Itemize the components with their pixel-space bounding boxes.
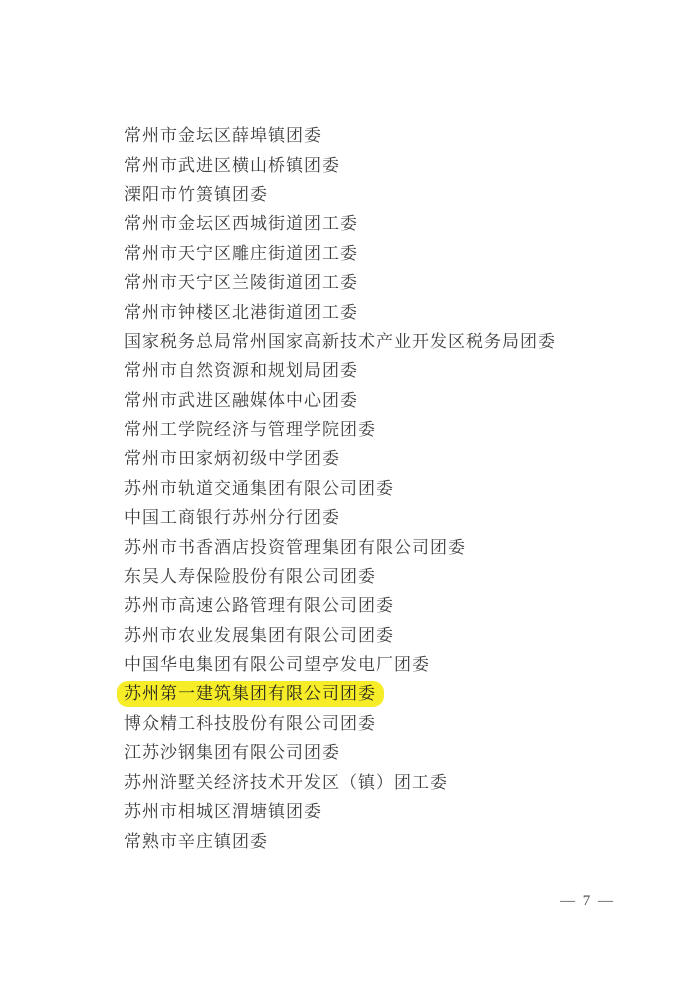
highlighted-org-name: 苏州第一建筑集团有限公司团委 xyxy=(117,681,384,707)
org-name: 苏州市农业发展集团有限公司团委 xyxy=(124,627,394,644)
list-item: 苏州第一建筑集团有限公司团委 xyxy=(124,679,660,708)
org-name: 国家税务总局常州国家高新技术产业开发区税务局团委 xyxy=(124,333,556,350)
list-item: 苏州市农业发展集团有限公司团委 xyxy=(124,621,660,650)
org-list: 常州市金坛区薛埠镇团委常州市武进区横山桥镇团委溧阳市竹箦镇团委常州市金坛区西城街… xyxy=(124,121,660,856)
org-name: 苏州市相城区渭塘镇团委 xyxy=(124,803,322,820)
list-item: 苏州市书香酒店投资管理集团有限公司团委 xyxy=(124,532,660,561)
list-item: 博众精工科技股份有限公司团委 xyxy=(124,709,660,738)
org-name: 常州市钟楼区北港街道团工委 xyxy=(124,304,358,321)
org-name: 常州市金坛区西城街道团工委 xyxy=(124,215,358,232)
org-name: 常州市天宁区雕庄街道团工委 xyxy=(124,245,358,262)
org-name: 常州市田家炳初级中学团委 xyxy=(124,450,340,467)
list-item: 常州市武进区横山桥镇团委 xyxy=(124,150,660,179)
list-item: 苏州市轨道交通集团有限公司团委 xyxy=(124,474,660,503)
org-name: 常州市金坛区薛埠镇团委 xyxy=(124,127,322,144)
list-item: 中国工商银行苏州分行团委 xyxy=(124,503,660,532)
org-name: 溧阳市竹箦镇团委 xyxy=(124,186,268,203)
list-item: 苏州市高速公路管理有限公司团委 xyxy=(124,591,660,620)
org-name: 东吴人寿保险股份有限公司团委 xyxy=(124,568,376,585)
org-name: 常州市天宁区兰陵街道团工委 xyxy=(124,274,358,291)
list-item: 苏州浒墅关经济技术开发区（镇）团工委 xyxy=(124,768,660,797)
org-name: 常州工学院经济与管理学院团委 xyxy=(124,421,376,438)
document-page: 常州市金坛区薛埠镇团委常州市武进区横山桥镇团委溧阳市竹箦镇团委常州市金坛区西城街… xyxy=(0,0,700,990)
list-item: 常州市金坛区西城街道团工委 xyxy=(124,209,660,238)
org-name: 常州市武进区融媒体中心团委 xyxy=(124,392,358,409)
org-name: 中国工商银行苏州分行团委 xyxy=(124,509,340,526)
org-name: 江苏沙钢集团有限公司团委 xyxy=(124,744,340,761)
list-item: 常州市钟楼区北港街道团工委 xyxy=(124,297,660,326)
list-item: 国家税务总局常州国家高新技术产业开发区税务局团委 xyxy=(124,327,660,356)
org-name: 博众精工科技股份有限公司团委 xyxy=(124,715,376,732)
org-name: 常州市自然资源和规划局团委 xyxy=(124,362,358,379)
page-number: — 7 — xyxy=(560,893,615,910)
list-item: 苏州市相城区渭塘镇团委 xyxy=(124,797,660,826)
list-item: 中国华电集团有限公司望亭发电厂团委 xyxy=(124,650,660,679)
org-name: 苏州市轨道交通集团有限公司团委 xyxy=(124,480,394,497)
org-name: 苏州市书香酒店投资管理集团有限公司团委 xyxy=(124,539,466,556)
list-item: 江苏沙钢集团有限公司团委 xyxy=(124,738,660,767)
org-name: 常熟市辛庄镇团委 xyxy=(124,833,268,850)
list-item: 常州市金坛区薛埠镇团委 xyxy=(124,121,660,150)
list-item: 常州市自然资源和规划局团委 xyxy=(124,356,660,385)
list-item: 常熟市辛庄镇团委 xyxy=(124,826,660,855)
org-name: 常州市武进区横山桥镇团委 xyxy=(124,157,340,174)
list-item: 常州市田家炳初级中学团委 xyxy=(124,444,660,473)
list-item: 常州工学院经济与管理学院团委 xyxy=(124,415,660,444)
list-item: 常州市武进区融媒体中心团委 xyxy=(124,386,660,415)
org-name: 苏州浒墅关经济技术开发区（镇）团工委 xyxy=(124,774,448,791)
list-item: 常州市天宁区兰陵街道团工委 xyxy=(124,268,660,297)
org-name: 中国华电集团有限公司望亭发电厂团委 xyxy=(124,656,430,673)
org-name: 苏州市高速公路管理有限公司团委 xyxy=(124,597,394,614)
list-item: 常州市天宁区雕庄街道团工委 xyxy=(124,239,660,268)
list-item: 溧阳市竹箦镇团委 xyxy=(124,180,660,209)
list-item: 东吴人寿保险股份有限公司团委 xyxy=(124,562,660,591)
